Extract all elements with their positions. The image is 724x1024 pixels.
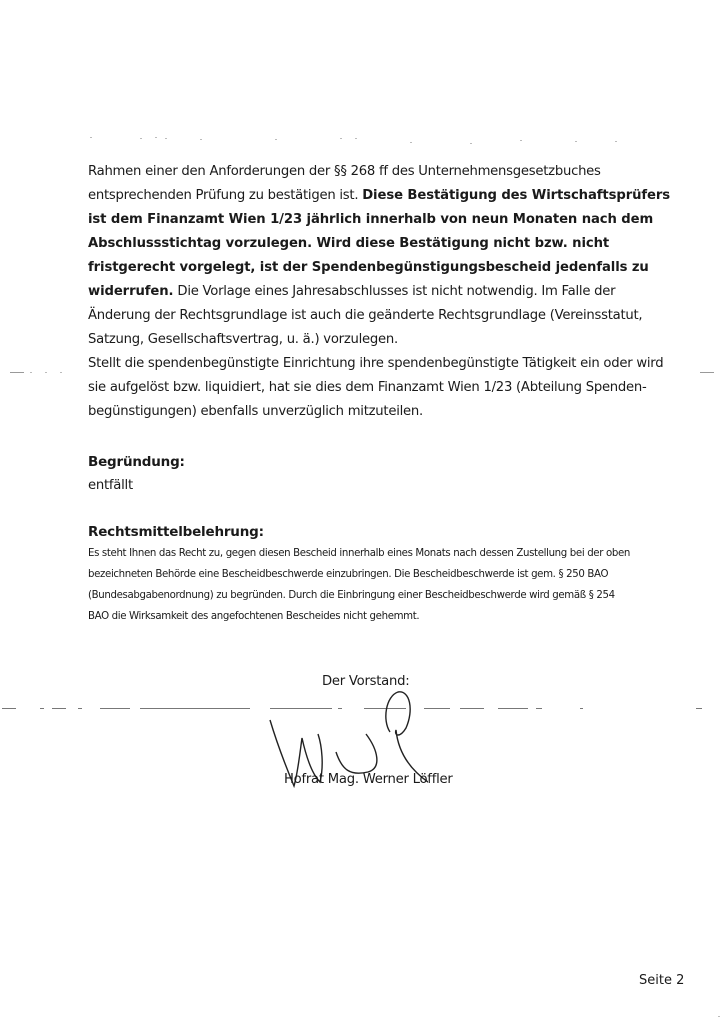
paragraph-line: entsprechenden Prüfung zu bestätigen ist…	[88, 184, 648, 208]
page-number: Seite 2	[639, 973, 684, 988]
text-run: Satzung, Gesellschaftsvertrag, u. ä.) vo…	[88, 332, 398, 347]
bold-text-run: widerrufen.	[88, 284, 173, 299]
rechtsmittel-line: BAO die Wirksamkeit des angefochtenen Be…	[88, 606, 668, 627]
signatory-name: Hofrat Mag. Werner Löffler	[284, 772, 453, 787]
paragraph-line: sie aufgelöst bzw. liquidiert, hat sie d…	[88, 376, 648, 400]
text-run: Änderung der Rechtsgrundlage ist auch di…	[88, 308, 642, 323]
signature-label: Der Vorstand:	[322, 674, 409, 689]
rechtsmittel-line: Es steht Ihnen das Recht zu, gegen diese…	[88, 543, 668, 564]
paragraph-line: Satzung, Gesellschaftsvertrag, u. ä.) vo…	[88, 328, 648, 352]
rechtsmittel-line: (Bundesabgabenordnung) zu begründen. Dur…	[88, 585, 668, 606]
paragraph-line: fristgerecht vorgelegt, ist der Spendenb…	[88, 256, 648, 280]
bold-text-run: ist dem Finanzamt Wien 1/23 jährlich inn…	[88, 212, 653, 227]
paragraph-line: Änderung der Rechtsgrundlage ist auch di…	[88, 304, 648, 328]
bold-text-run: fristgerecht vorgelegt, ist der Spendenb…	[88, 260, 649, 275]
text-run: Die Vorlage eines Jahresabschlusses ist …	[173, 284, 615, 299]
paragraph-line: Rahmen einer den Anforderungen der §§ 26…	[88, 160, 648, 184]
text-run: entsprechenden Prüfung zu bestätigen ist…	[88, 188, 362, 203]
bold-text-run: Diese Bestätigung des Wirtschaftsprüfers	[362, 188, 670, 203]
begruendung-heading: Begründung:	[88, 454, 185, 470]
paragraph-line: ist dem Finanzamt Wien 1/23 jährlich inn…	[88, 208, 648, 232]
paragraph-line: widerrufen. Die Vorlage eines Jahresabsc…	[88, 280, 648, 304]
document-page: Rahmen einer den Anforderungen der §§ 26…	[0, 0, 724, 1024]
paragraph-line: begünstigungen) ebenfalls unverzüglich m…	[88, 400, 648, 424]
rechtsmittel-line: bezeichneten Behörde eine Bescheidbeschw…	[88, 564, 668, 585]
paragraph-line: Stellt die spendenbegünstigte Einrichtun…	[88, 352, 648, 376]
text-run: Rahmen einer den Anforderungen der §§ 26…	[88, 164, 601, 179]
rechtsmittelbelehrung-text: Es steht Ihnen das Recht zu, gegen diese…	[88, 543, 668, 627]
text-run: Stellt die spendenbegünstigte Einrichtun…	[88, 356, 663, 371]
main-paragraph: Rahmen einer den Anforderungen der §§ 26…	[88, 160, 648, 424]
begruendung-text: entfällt	[88, 478, 133, 493]
bold-text-run: Abschlussstichtag vorzulegen. Wird diese…	[88, 236, 609, 251]
text-run: sie aufgelöst bzw. liquidiert, hat sie d…	[88, 380, 647, 395]
text-run: begünstigungen) ebenfalls unverzüglich m…	[88, 404, 423, 419]
paragraph-line: Abschlussstichtag vorzulegen. Wird diese…	[88, 232, 648, 256]
rechtsmittelbelehrung-heading: Rechtsmittelbelehrung:	[88, 524, 264, 540]
